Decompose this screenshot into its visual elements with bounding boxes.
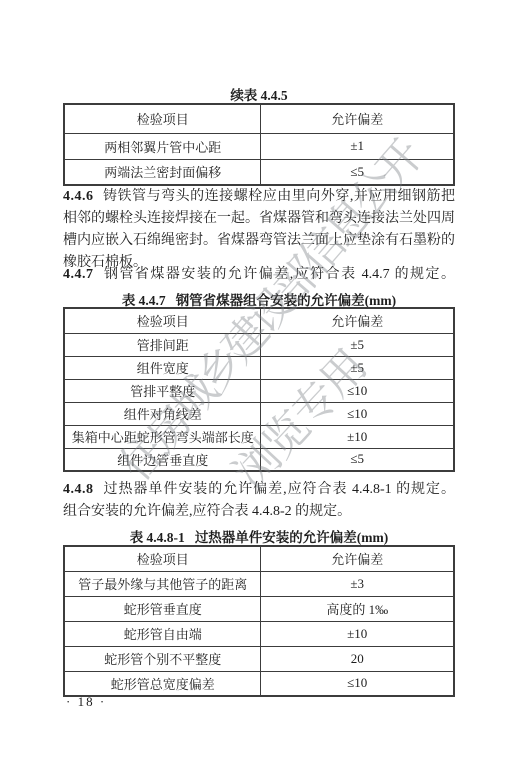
table-caption-label: 续表 4.4.5 <box>230 88 287 103</box>
section-number: 4.4.7 <box>63 267 103 282</box>
header-cell-item: 检验项目 <box>64 308 261 333</box>
cell-item: 蛇形管个别不平整度 <box>64 646 261 671</box>
cell-deviation: ±10 <box>261 621 454 646</box>
cell-deviation: 高度的 1‰ <box>261 596 454 621</box>
paragraph-line: 4.4.6铸铁管与弯头的连接螺栓应由里向外穿,并应用细钢筋把 <box>63 186 455 208</box>
table-row: 组件对角线差 ≤10 <box>64 402 454 425</box>
paragraph-line: 槽内应嵌入石绵绳密封。省煤器弯管法兰面上应垫涂有石墨粉的 <box>63 230 455 252</box>
table-caption-text: 过热器单件安装的允许偏差(mm) <box>195 530 388 545</box>
cell-deviation: ±5 <box>261 333 454 356</box>
cell-item: 蛇形管自由端 <box>64 621 261 646</box>
header-cell-deviation: 允许偏差 <box>261 546 454 571</box>
paragraph-line: 组合安装的允许偏差,应符合表 4.4.8-2 的规定。 <box>63 501 455 523</box>
section-number: 4.4.6 <box>63 189 103 204</box>
cell-deviation: ≤10 <box>261 402 454 425</box>
cell-item: 蛇形管垂直度 <box>64 596 261 621</box>
table-447: 检验项目 允许偏差 管排间距 ±5 组件宽度 ±5 管排平整度 ≤10 组件对角… <box>63 307 455 472</box>
header-cell-deviation: 允许偏差 <box>261 308 454 333</box>
section-4-4-8: 4.4.8过热器单件安装的允许偏差,应符合表 4.4.8-1 的规定。 组合安装… <box>63 479 455 523</box>
paragraph-line: 4.4.7钢管省煤器安装的允许偏差,应符合表 4.4.7 的规定。 <box>63 264 455 286</box>
paragraph-line: 4.4.8过热器单件安装的允许偏差,应符合表 4.4.8-1 的规定。 <box>63 479 455 501</box>
table-row: 集箱中心距蛇形管弯头端部长度 ±10 <box>64 425 454 448</box>
table-caption-text: 钢管省煤器组合安装的允许偏差(mm) <box>176 293 396 308</box>
section-number: 4.4.8 <box>63 482 103 497</box>
section-4-4-7: 4.4.7钢管省煤器安装的允许偏差,应符合表 4.4.7 的规定。 <box>63 264 455 286</box>
document-page: 续表 4.4.5 检验项目 允许偏差 两相邻翼片管中心距 ±1 两端法兰密封面偏… <box>0 0 529 767</box>
table-row: 组件宽度 ±5 <box>64 356 454 379</box>
cell-deviation: 20 <box>261 646 454 671</box>
cell-item: 组件宽度 <box>64 356 261 379</box>
cell-deviation: ≤5 <box>261 448 454 471</box>
paragraph-text: 过热器单件安装的允许偏差,应符合表 4.4.8-1 的规定。 <box>103 482 456 497</box>
cell-item: 管子最外缘与其他管子的距离 <box>64 571 261 596</box>
table-caption-447: 表 4.4.7钢管省煤器组合安装的允许偏差(mm) <box>63 289 455 309</box>
table-row: 两端法兰密封面偏移 ≤5 <box>64 159 454 185</box>
cell-deviation: ≤10 <box>261 379 454 402</box>
section-4-4-6: 4.4.6铸铁管与弯头的连接螺栓应由里向外穿,并应用细钢筋把 相邻的螺栓头连接焊… <box>63 186 455 274</box>
table-row: 蛇形管自由端 ±10 <box>64 621 454 646</box>
cell-item: 组件边管垂直度 <box>64 448 261 471</box>
cell-deviation: ±3 <box>261 571 454 596</box>
table-row: 蛇形管总宽度偏差 ≤10 <box>64 671 454 696</box>
cell-deviation: ≤5 <box>261 159 454 185</box>
cell-deviation: ≤10 <box>261 671 454 696</box>
page-number: · 18 · <box>66 694 106 710</box>
table-row: 两相邻翼片管中心距 ±1 <box>64 133 454 159</box>
table-header-row: 检验项目 允许偏差 <box>64 104 454 133</box>
cell-deviation: ±5 <box>261 356 454 379</box>
table-header-row: 检验项目 允许偏差 <box>64 546 454 571</box>
cell-item: 两端法兰密封面偏移 <box>64 159 261 185</box>
cell-item: 组件对角线差 <box>64 402 261 425</box>
table-caption-label: 表 4.4.7 <box>122 293 166 308</box>
paragraph-line: 相邻的螺栓头连接焊接在一起。省煤器管和弯头连接法兰处四周 <box>63 208 455 230</box>
cell-item: 两相邻翼片管中心距 <box>64 133 261 159</box>
table-row: 组件边管垂直度 ≤5 <box>64 448 454 471</box>
header-cell-item: 检验项目 <box>64 104 261 133</box>
table-445-continued: 检验项目 允许偏差 两相邻翼片管中心距 ±1 两端法兰密封面偏移 ≤5 <box>63 103 455 186</box>
cell-item: 管排平整度 <box>64 379 261 402</box>
table-row: 蛇形管个别不平整度 20 <box>64 646 454 671</box>
table-row: 管子最外缘与其他管子的距离 ±3 <box>64 571 454 596</box>
table-4481: 检验项目 允许偏差 管子最外缘与其他管子的距离 ±3 蛇形管垂直度 高度的 1‰… <box>63 545 455 697</box>
table-row: 管排平整度 ≤10 <box>64 379 454 402</box>
table-caption-label: 表 4.4.8-1 <box>130 530 185 545</box>
cell-deviation: ±10 <box>261 425 454 448</box>
table-header-row: 检验项目 允许偏差 <box>64 308 454 333</box>
header-cell-deviation: 允许偏差 <box>261 104 454 133</box>
cell-item: 管排间距 <box>64 333 261 356</box>
cell-item: 蛇形管总宽度偏差 <box>64 671 261 696</box>
paragraph-text: 钢管省煤器安装的允许偏差,应符合表 4.4.7 的规定。 <box>103 267 456 282</box>
table-row: 管排间距 ±5 <box>64 333 454 356</box>
paragraph-text: 铸铁管与弯头的连接螺栓应由里向外穿,并应用细钢筋把 <box>103 189 456 204</box>
cell-deviation: ±1 <box>261 133 454 159</box>
table-caption-continued-445: 续表 4.4.5 <box>63 84 455 104</box>
cell-item: 集箱中心距蛇形管弯头端部长度 <box>64 425 261 448</box>
table-row: 蛇形管垂直度 高度的 1‰ <box>64 596 454 621</box>
table-caption-4481: 表 4.4.8-1过热器单件安装的允许偏差(mm) <box>63 526 455 546</box>
header-cell-item: 检验项目 <box>64 546 261 571</box>
